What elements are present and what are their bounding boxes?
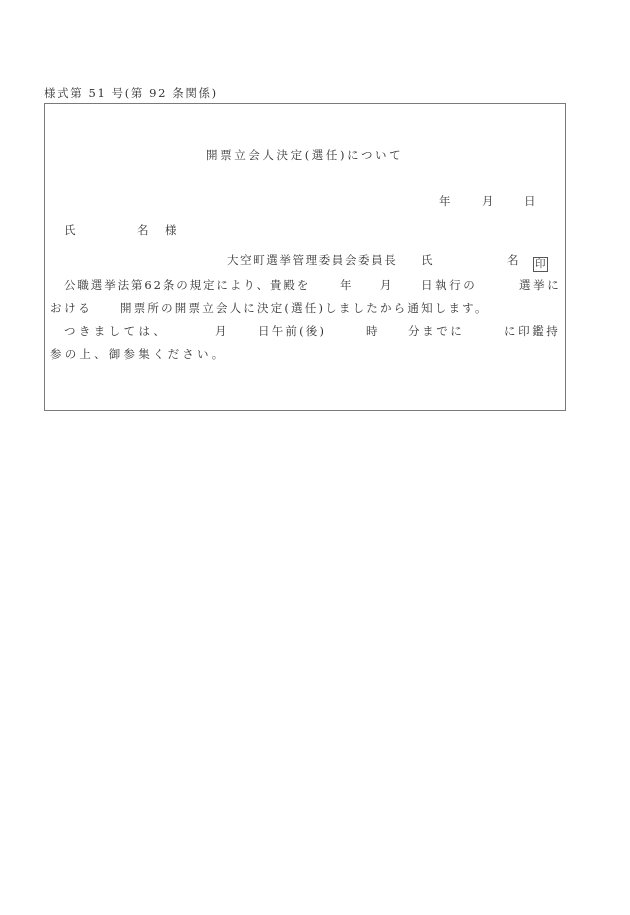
form-number-label: 様式第 51 号(第 92 条関係)	[44, 85, 218, 101]
body-para1-day-executed: 日執行の	[421, 278, 477, 292]
addressee-surname-label: 氏	[64, 223, 78, 237]
seal-mark: 印	[533, 252, 548, 272]
sender-organization: 大空町選挙管理委員会委員長	[227, 253, 397, 267]
sender-name-label: 名	[507, 253, 521, 267]
body-para2-day-ampm: 日午前(後)	[258, 324, 326, 338]
body-para2-line2: 参の上、御参集ください。	[50, 347, 226, 361]
body-para1-line1-a: 公職選挙法第62条の規定により、貴殿を	[64, 278, 310, 292]
body-para2-hour: 時	[366, 324, 380, 338]
addressee-honorific-label: 様	[165, 223, 179, 237]
document-title: 開票立会人決定(選任)について	[206, 148, 403, 162]
date-year-label: 年	[439, 194, 453, 208]
body-para1-line2-a: おける	[50, 301, 92, 315]
body-para1-month: 月	[380, 278, 394, 292]
body-para2-month: 月	[215, 324, 229, 338]
body-para2-seal-bring: に印鑑持	[504, 324, 560, 338]
body-para1-year: 年	[340, 278, 354, 292]
body-para2-line1-a: つきましては、	[64, 324, 168, 338]
date-month-label: 月	[482, 194, 496, 208]
date-day-label: 日	[524, 194, 538, 208]
body-para2-minute: 分までに	[408, 324, 464, 338]
addressee-name-label: 名	[137, 223, 151, 237]
body-para1-line2-b: 開票所の開票立会人に決定(選任)しましたから通知します。	[120, 301, 489, 315]
body-para1-election: 選挙に	[519, 278, 561, 292]
sender-surname-label: 氏	[421, 253, 435, 267]
seal-icon: 印	[533, 257, 548, 272]
